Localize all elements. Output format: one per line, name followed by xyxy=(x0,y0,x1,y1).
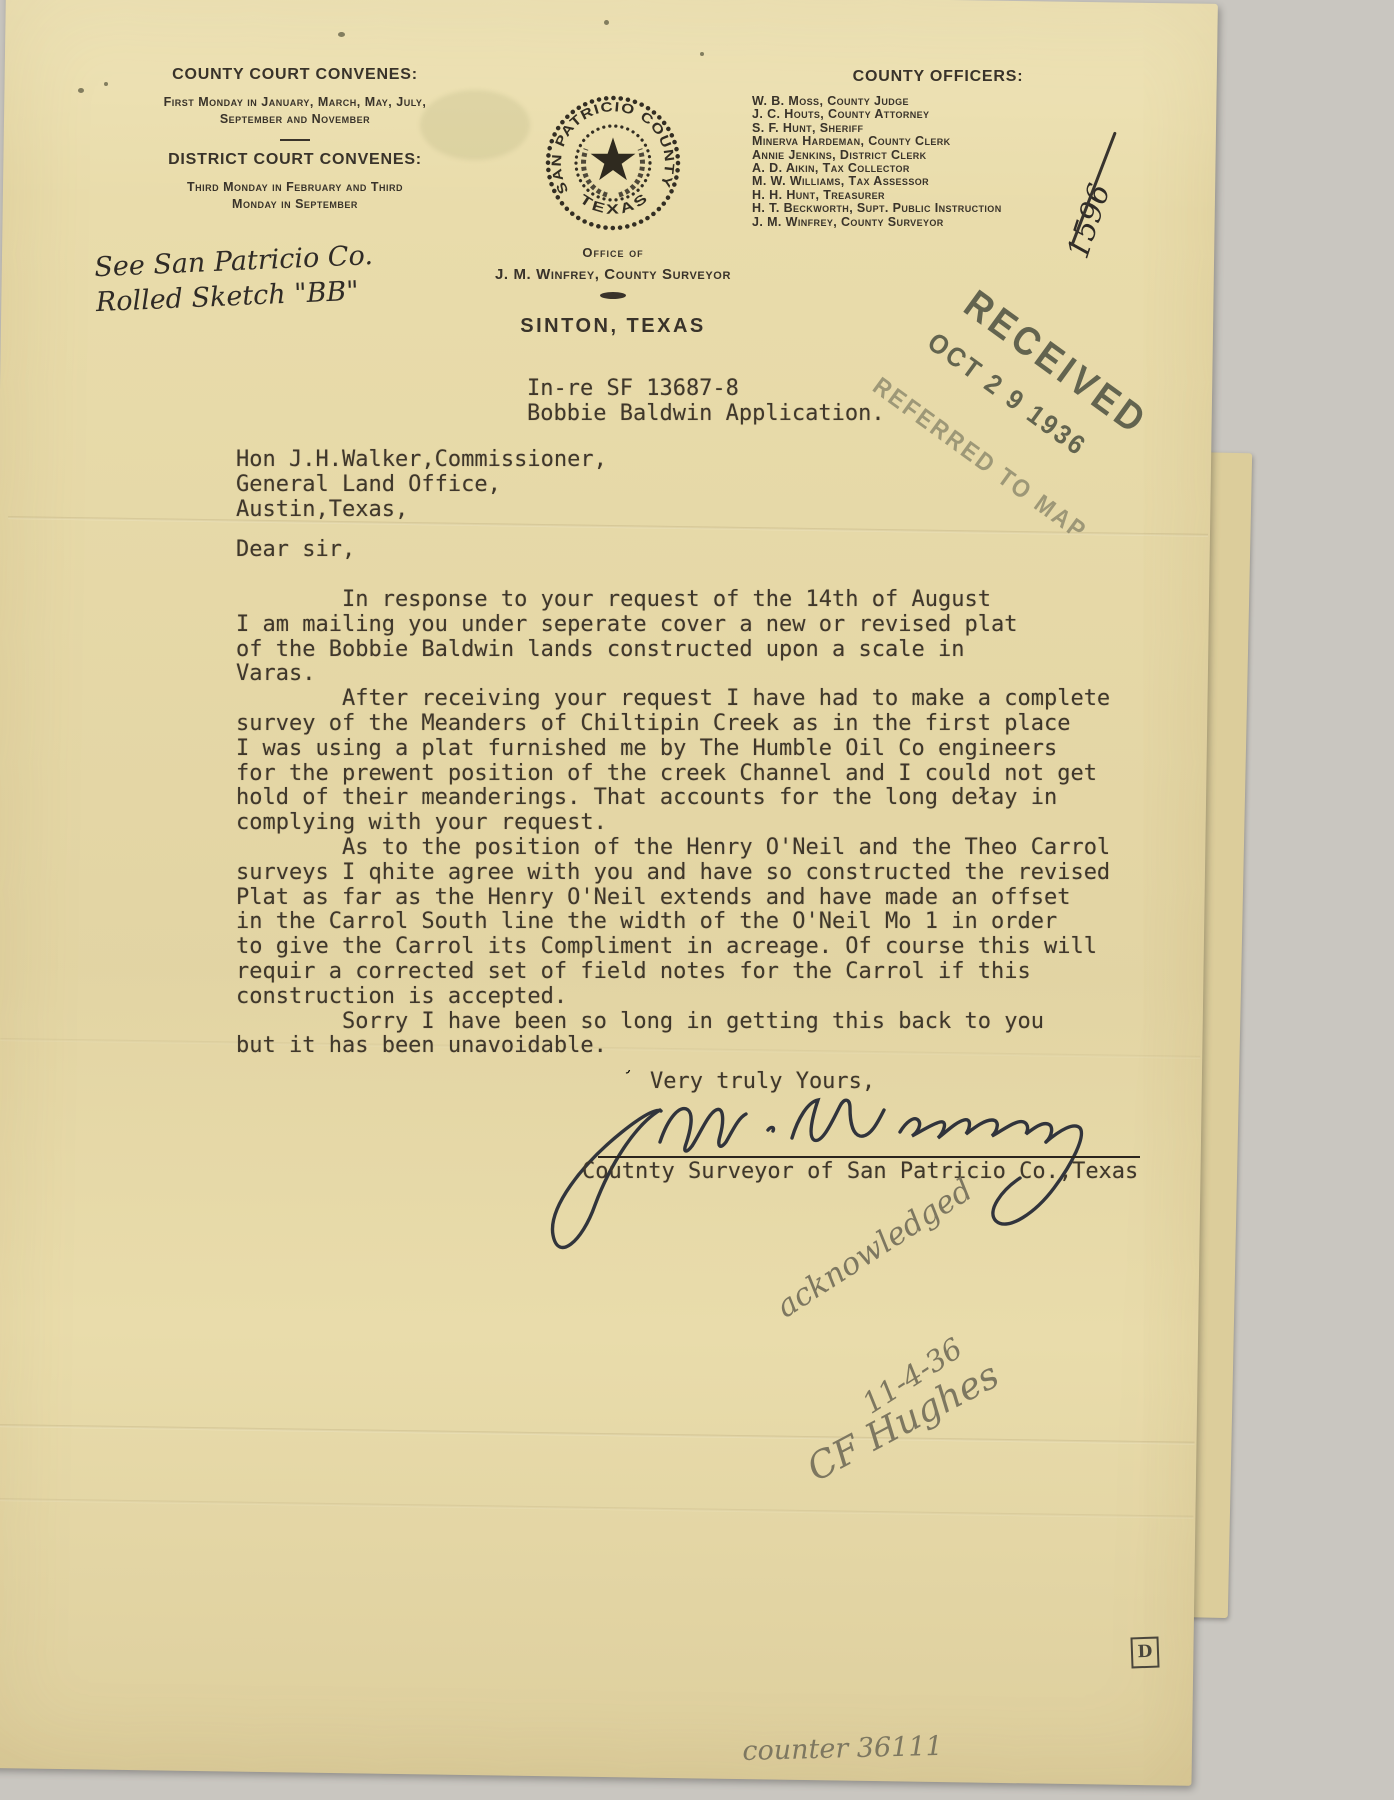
county-court-title: COUNTY COURT CONVENES: xyxy=(105,66,485,84)
ornament-dash xyxy=(600,292,626,299)
officer-item: S. F. Hunt, Sheriff xyxy=(752,122,1124,135)
paper-speck xyxy=(700,52,704,56)
officer-item: Annie Jenkins, District Clerk xyxy=(752,149,1124,162)
signature-stroke xyxy=(660,1109,746,1151)
officer-item: J. C. Houts, County Attorney xyxy=(752,108,1124,121)
svg-text:TEXAS: TEXAS xyxy=(577,189,652,217)
county-court-schedule-line2: September and November xyxy=(105,111,485,128)
officer-item: A. D. Aikin, Tax Collector xyxy=(752,162,1124,175)
letter-body: In response to your request of the 14th … xyxy=(236,588,1110,1059)
county-officers-list: W. B. Moss, County Judge J. C. Houts, Co… xyxy=(752,95,1124,229)
city-line: SINTON, TEXAS xyxy=(458,315,768,338)
svg-text:J. M. Winfrey: J. M. Winfrey xyxy=(540,1070,633,1074)
boxed-letter-mark: D xyxy=(1130,1637,1159,1669)
office-of-label: Office of xyxy=(458,245,768,260)
officer-item: W. B. Moss, County Judge xyxy=(752,95,1124,108)
seal-star-icon xyxy=(592,139,634,179)
letter-content-layer: COUNTY COURT CONVENES: First Monday in J… xyxy=(0,0,1394,1800)
signature-stroke xyxy=(768,1127,774,1131)
signature-stroke xyxy=(900,1119,1052,1142)
reference-block: In-re SF 13687-8 Bobbie Baldwin Applicat… xyxy=(527,377,885,427)
paper-speck xyxy=(78,88,84,93)
officer-item: M. W. Williams, Tax Assessor xyxy=(752,175,1124,188)
district-court-title: DISTRICT COURT CONVENES: xyxy=(105,151,485,169)
seal-arc-text-bottom: TEXAS xyxy=(577,189,652,217)
county-officers-title: COUNTY OFFICERS: xyxy=(752,68,1124,86)
signature-underline xyxy=(598,1156,1140,1158)
office-block: Office of J. M. Winfrey, County Surveyor… xyxy=(458,245,768,338)
surveyor-name-line: J. M. Winfrey, County Surveyor xyxy=(458,266,768,283)
officer-item: Minerva Hardeman, County Clerk xyxy=(752,135,1124,148)
salutation: Dear sir, xyxy=(236,538,355,563)
letterhead-divider xyxy=(280,139,310,141)
signature-name-label: J. M. Winfrey xyxy=(540,1070,633,1074)
recipient-address: Hon J.H.Walker,Commissioner, General Lan… xyxy=(236,448,607,522)
officer-item: H. T. Beckworth, Supt. Public Instructio… xyxy=(752,202,1124,215)
letterhead-left-block: COUNTY COURT CONVENES: First Monday in J… xyxy=(105,66,485,213)
scanned-letter-page: COUNTY COURT CONVENES: First Monday in J… xyxy=(0,0,1394,1800)
signature-title: Coutnty Surveyor of San Patricio Co.,Tex… xyxy=(582,1160,1138,1185)
paper-speck xyxy=(338,32,345,37)
county-seal: SAN PATRICIO COUNTY TEXAS xyxy=(534,84,692,242)
district-court-schedule-line1: Third Monday in February and Third xyxy=(105,179,485,196)
signature-stroke xyxy=(792,1100,884,1140)
paper-speck xyxy=(604,20,609,25)
county-court-schedule-line1: First Monday in January, March, May, Jul… xyxy=(105,94,485,111)
letterhead-right-block: COUNTY OFFICERS: W. B. Moss, County Judg… xyxy=(752,68,1124,229)
district-court-schedule-line2: Monday in September xyxy=(105,196,485,213)
pencil-counter-note: counter 36111 xyxy=(742,1731,943,1767)
officer-item: H. H. Hunt, Treasurer xyxy=(752,189,1124,202)
handwritten-filing-note: See San Patricio Co. Rolled Sketch "BB" xyxy=(94,236,427,320)
